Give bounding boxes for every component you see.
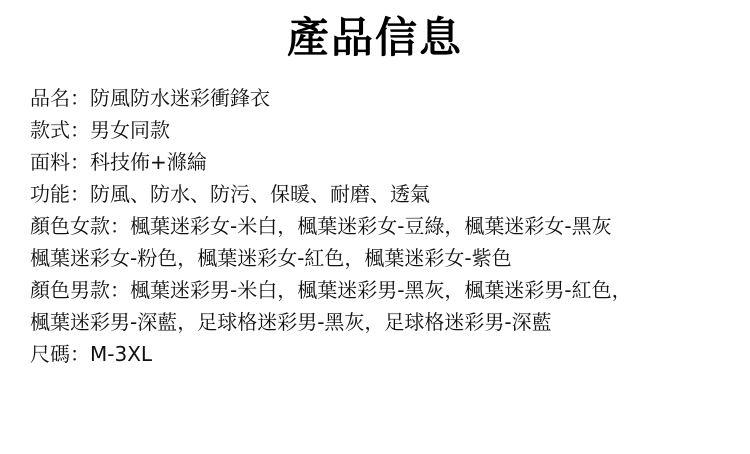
features-line: 功能：防風、防水、防污、保暖、耐磨、透氣 — [30, 178, 745, 210]
women-colors-line-2: 楓葉迷彩女-粉色，楓葉迷彩女-紅色，楓葉迷彩女-紫色 — [30, 242, 745, 274]
page-title: 產品信息 — [0, 10, 750, 66]
size-line: 尺碼：M-3XL — [30, 338, 745, 370]
men-colors-line-1: 顏色男款：楓葉迷彩男-米白，楓葉迷彩男-黑灰，楓葉迷彩男-紅色， — [30, 274, 745, 306]
material-line: 面料：科技佈+滌綸 — [30, 146, 745, 178]
men-colors-line-2: 楓葉迷彩男-深藍，足球格迷彩男-黑灰，足球格迷彩男-深藍 — [30, 306, 745, 338]
style-line: 款式：男女同款 — [30, 114, 745, 146]
product-name-line: 品名：防風防水迷彩衝鋒衣 — [30, 82, 745, 114]
women-colors-line-1: 顏色女款：楓葉迷彩女-米白，楓葉迷彩女-豆綠，楓葉迷彩女-黑灰 — [30, 210, 745, 242]
product-info: 品名：防風防水迷彩衝鋒衣 款式：男女同款 面料：科技佈+滌綸 功能：防風、防水、… — [30, 82, 745, 370]
